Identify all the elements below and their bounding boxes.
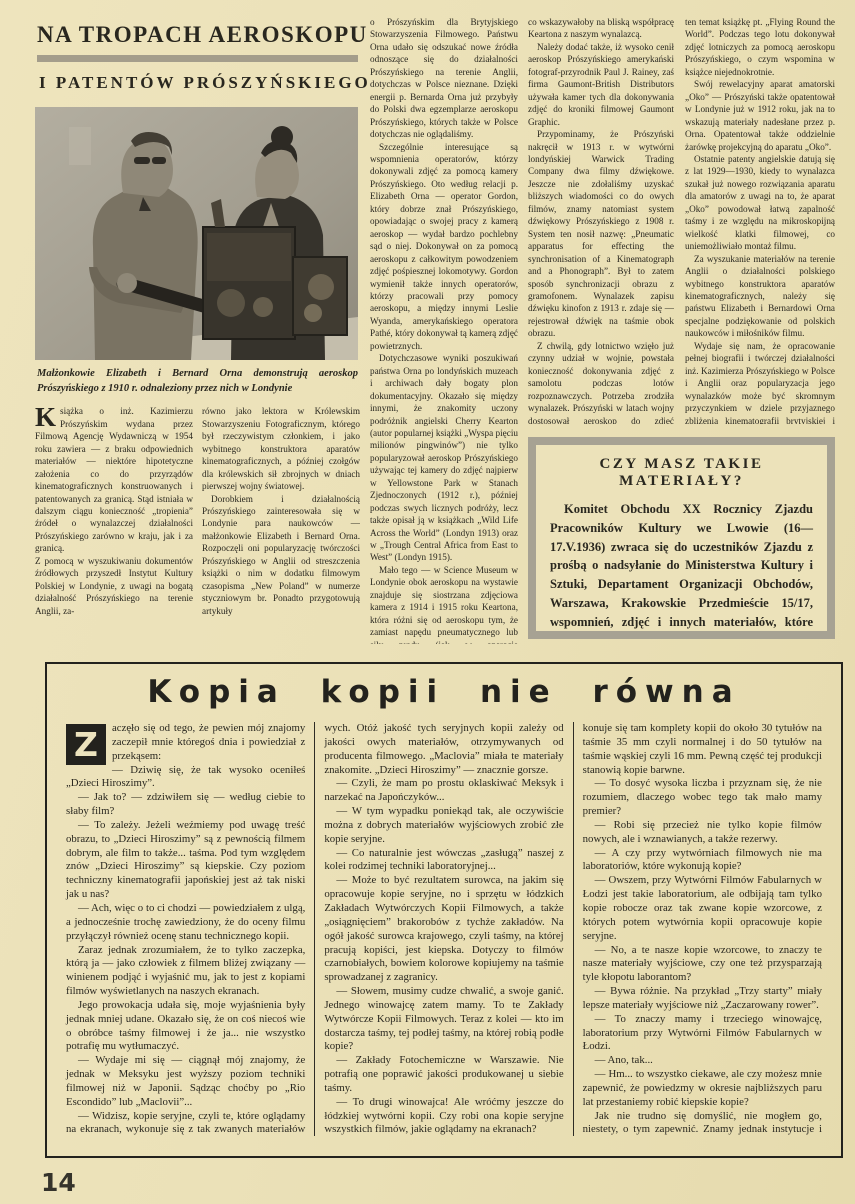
text-column-3: o Prószyńskim dla Brytyjskiego Stowarzys…: [370, 16, 518, 644]
paragraph: wych. Otóż jakość tych seryjnych kopii z…: [324, 722, 563, 777]
drop-cap-k: K: [35, 406, 56, 429]
paragraph: Dotychczasowe wyniki poszukiwań państwa …: [370, 352, 518, 564]
article-title-line2: I PATENTÓW PRÓSZYŃSKIEGO: [39, 73, 360, 93]
article-aeroskop-left-block: NA TROPACH AEROSKOPU I PATENTÓW PRÓSZYŃS…: [35, 16, 360, 652]
notice-box-title: CZY MASZ TAKIE MATERIAŁY?: [550, 456, 813, 490]
paragraph: co wskazywałoby na bliską współpracę Kea…: [528, 16, 674, 41]
paragraph: — To dosyć wysoka liczba i przyznam się,…: [583, 777, 822, 819]
page-number: 14: [41, 1168, 835, 1197]
photo-caption: Małżonkowie Elizabeth i Bernard Orna dem…: [37, 367, 358, 396]
text-column-2: równo jako lektora w Królewskim Stowarzy…: [202, 405, 360, 623]
paragraph: — Bywa różnie. Na przykład „Trzy starty”…: [583, 985, 822, 1013]
paragraph: Z chwilą, gdy lotnictwo wzięło już czynn…: [528, 340, 674, 424]
text-column-4: co wskazywałoby na bliską współpracę Kea…: [528, 16, 674, 424]
paragraph: — Co naturalnie jest wówczas „zasługą” n…: [324, 847, 563, 875]
paragraph: — Jak to? — zdziwiłem się — według ciebi…: [66, 791, 305, 819]
paragraph: Książka o inż. Kazimierzu Prószyńskim wy…: [35, 405, 193, 554]
text-column-5: ten temat książkę pt. „Flying Round the …: [685, 16, 835, 424]
paragraph: — Owszem, przy Wytwórni Filmów Fabularny…: [583, 874, 822, 943]
paragraph: Dorobkiem i działalnością Prószyńskiego …: [202, 493, 360, 618]
paragraph: — Ach, więc o to ci chodzi — powiedziałe…: [66, 902, 305, 944]
bottom-text-column-1: Zaczęło się od tego, że pewien mój znajo…: [57, 722, 314, 1136]
paragraph: Jak nie trudno się domyślić, nie mogłem …: [583, 1110, 822, 1136]
paragraph: — Robi się przecież nie tylko kopie film…: [583, 819, 822, 847]
paragraph: Za wyszukanie materiałów na terenie Angl…: [685, 253, 835, 340]
article-kopia-kopii: Kopia kopii nie równa Zaczęło się od teg…: [45, 662, 843, 1158]
paragraph: Swój rewelacyjny aparat amatorski „Oko” …: [685, 78, 835, 153]
bottom-text-column-3: konuje się tam komplety kopii do około 3…: [573, 722, 831, 1136]
paragraph: Należy dodać także, iż wysoko cenił aero…: [528, 41, 674, 128]
paragraph: — Ano, tak...: [583, 1054, 822, 1068]
paragraph: — Widzisz, kopie seryjne, czyli te, któr…: [66, 1110, 305, 1136]
article-photo: [35, 107, 358, 360]
paragraph: Mało tego — w Science Museum w Londynie …: [370, 564, 518, 644]
paragraph: Jego prowokacja udała się, moje wyjaśnie…: [66, 999, 305, 1054]
paragraph: konuje się tam komplety kopii do około 3…: [583, 722, 822, 777]
headline-divider-bar: [37, 55, 358, 62]
paragraph: — W tym wypadku poniekąd tak, ale oczywi…: [324, 805, 563, 847]
notice-box-body: Komitet Obchodu XX Rocznicy Zjazdu Praco…: [550, 500, 813, 639]
article-columns-4-5: co wskazywałoby na bliską współpracę Kea…: [528, 16, 835, 424]
paragraph: — Może to być rezultatem surowca, na jak…: [324, 874, 563, 985]
article-title-line1: NA TROPACH AEROSKOPU: [37, 22, 360, 48]
paragraph: Przypominamy, że Prószyński nakręcił w 1…: [528, 128, 674, 340]
paragraph: — Wydaje mi się — ciągnął mój znajomy, ż…: [66, 1054, 305, 1109]
right-stack: co wskazywałoby na bliską współpracę Kea…: [528, 16, 835, 652]
bottom-text-column-2: wych. Otóż jakość tych seryjnych kopii z…: [314, 722, 572, 1136]
paragraph: — No, a te nasze kopie wzorcowe, to znac…: [583, 944, 822, 986]
paragraph: — To drugi winowajca! Ale wróćmy jeszcze…: [324, 1096, 563, 1136]
paragraph: — Zakłady Fotochemiczne w Warszawie. Nie…: [324, 1054, 563, 1096]
magazine-page: NA TROPACH AEROSKOPU I PATENTÓW PRÓSZYŃS…: [0, 0, 855, 1204]
paragraph: Wydaje się nam, że opracowanie pełnej bi…: [685, 340, 835, 424]
paragraph: Zaraz jednak zrozumiałem, że to tylko za…: [66, 944, 305, 999]
article-columns-1-2: Książka o inż. Kazimierzu Prószyńskim wy…: [35, 405, 360, 623]
paragraph: ten temat książkę pt. „Flying Round the …: [685, 16, 835, 78]
article-aeroskop-right-block: o Prószyńskim dla Brytyjskiego Stowarzys…: [370, 16, 835, 652]
paragraph: — To znaczy mamy i trzeciego winowajcę, …: [583, 1013, 822, 1055]
paragraph: — A czy przy wytwórniach filmowych nie m…: [583, 847, 822, 875]
paragraph: Zaczęło się od tego, że pewien mój znajo…: [66, 722, 305, 764]
paragraph: — To zależy. Jeżeli weźmiemy pod uwagę t…: [66, 819, 305, 902]
text-column-1: Książka o inż. Kazimierzu Prószyńskim wy…: [35, 405, 193, 623]
article-kopia-title: Kopia kopii nie równa: [57, 674, 831, 710]
paragraph: Z pomocą w wyszukiwaniu dokumentów źródł…: [35, 555, 193, 617]
paragraph: — Hm... to wszystko ciekawe, ale czy moż…: [583, 1068, 822, 1110]
article-kopia-columns: Zaczęło się od tego, że pewien mój znajo…: [57, 722, 831, 1136]
drop-cap-z: Z: [66, 724, 106, 765]
paragraph: — Dziwię się, że tak wysoko oceniłeś „Dz…: [66, 764, 305, 792]
article-aeroskop: NA TROPACH AEROSKOPU I PATENTÓW PRÓSZYŃS…: [35, 16, 835, 652]
notice-box: CZY MASZ TAKIE MATERIAŁY? Komitet Obchod…: [528, 437, 835, 639]
paragraph: — Czyli, że mam po prostu oklaskiwać Mek…: [324, 777, 563, 805]
paragraph: Szczególnie interesujące są wspomnienia …: [370, 141, 518, 353]
paragraph: o Prószyńskim dla Brytyjskiego Stowarzys…: [370, 16, 518, 141]
paragraph: — Słowem, musimy cudze chwalić, a swoje …: [324, 985, 563, 1054]
paragraph: równo jako lektora w Królewskim Stowarzy…: [202, 405, 360, 492]
paragraph: Ostatnie patenty angielskie datują się z…: [685, 153, 835, 253]
